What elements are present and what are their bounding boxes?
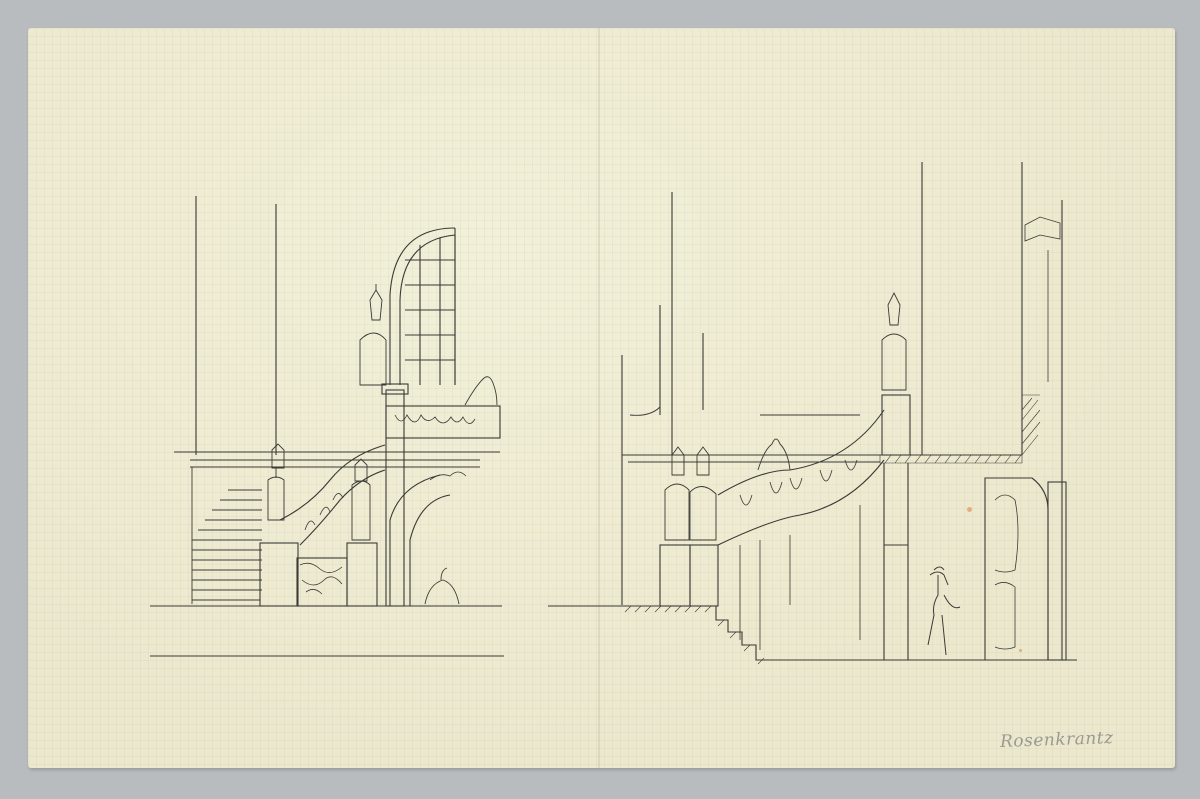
pencil-signature: Rosenkrantz: [1000, 728, 1114, 752]
right-staircase-drawing: [548, 162, 1077, 664]
left-staircase-drawing: [150, 196, 504, 656]
ink-drawing: [0, 0, 1200, 799]
ink-stain: [1019, 649, 1022, 652]
ink-stain: [967, 507, 972, 512]
